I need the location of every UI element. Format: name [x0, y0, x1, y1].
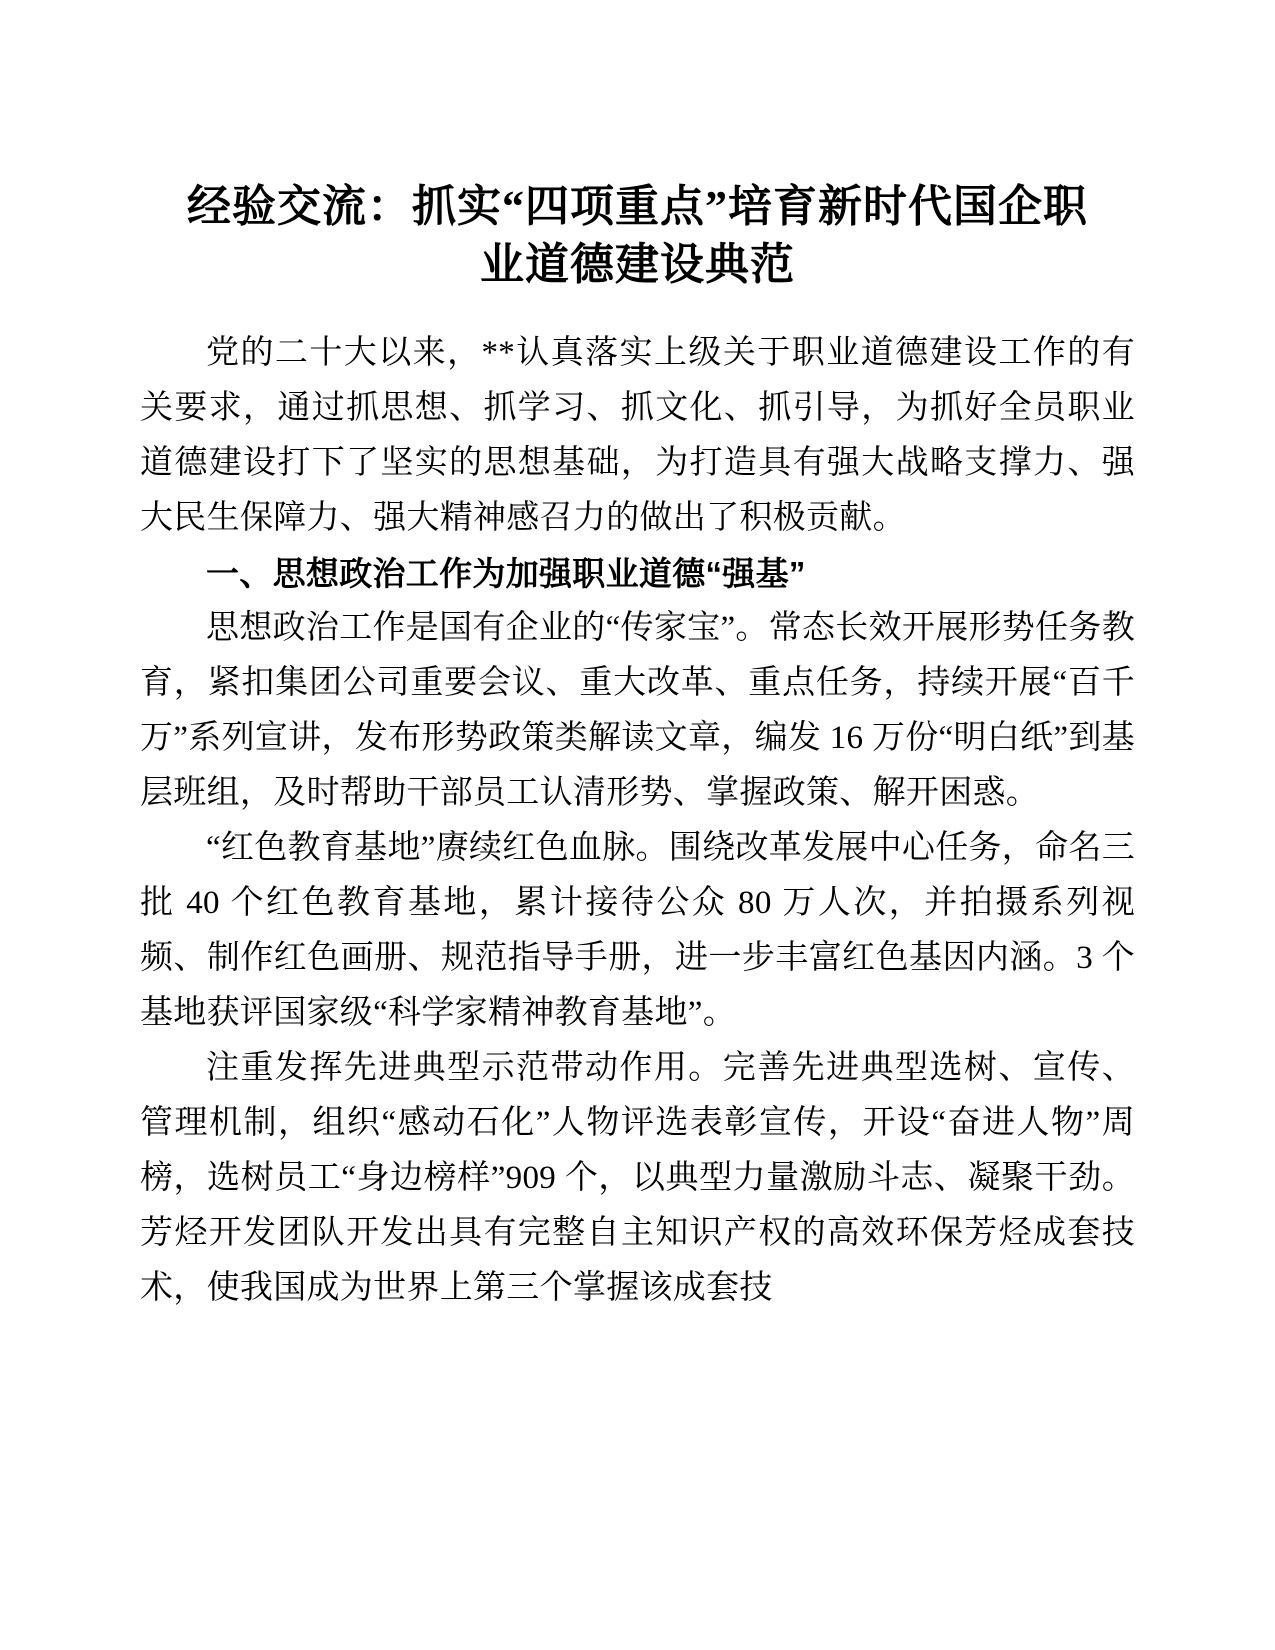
paragraph-intro: 党的二十大以来，**认真落实上级关于职业道德建设工作的有关要求，通过抓思想、抓学…	[140, 326, 1135, 546]
section-heading-1: 一、思想政治工作为加强职业道德“强基”	[140, 546, 1135, 601]
paragraph-ideological-work: 思想政治工作是国有企业的“传家宝”。常态长效开展形势任务教育，紧扣集团公司重要会…	[140, 601, 1135, 821]
document-title: 经验交流：抓实“四项重点”培育新时代国企职业道德建设典范	[183, 178, 1093, 294]
paragraph-red-education-base: “红色教育基地”赓续红色血脉。围绕改革发展中心任务，命名三批 40 个红色教育基…	[140, 821, 1135, 1041]
paragraph-role-models: 注重发挥先进典型示范带动作用。完善先进典型选树、宣传、管理机制，组织“感动石化”…	[140, 1041, 1135, 1316]
document-page: 经验交流：抓实“四项重点”培育新时代国企职业道德建设典范 党的二十大以来，**认…	[0, 0, 1275, 1650]
